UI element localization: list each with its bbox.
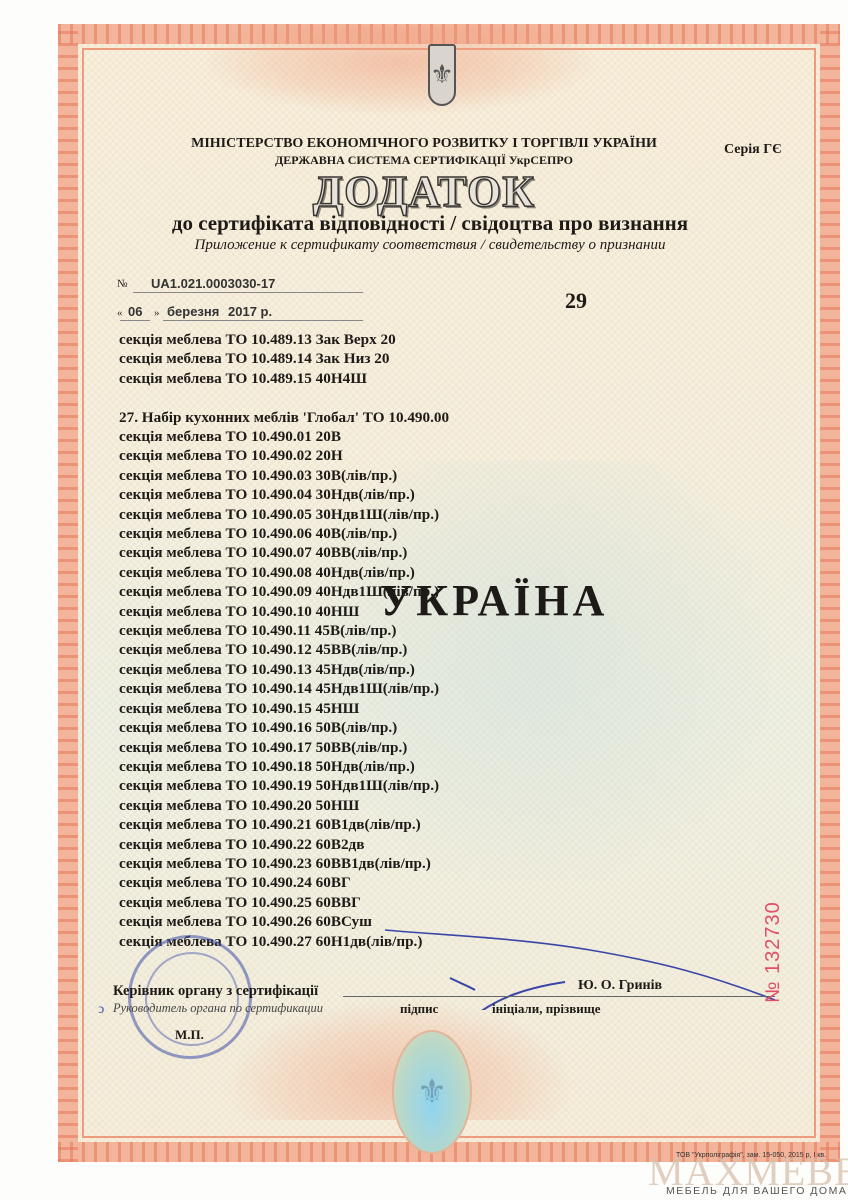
- list-item: секція меблева ТО 10.490.09 40Ндв1Ш(лів/…: [119, 582, 449, 601]
- certificate-number: UA1.021.0003030-17: [151, 276, 275, 291]
- list-item: секція меблева ТО 10.490.01 20В: [119, 427, 449, 446]
- list-item: секція меблева ТО 10.490.10 40НШ: [119, 602, 449, 621]
- stamp-place-label: М.П.: [175, 1027, 204, 1043]
- number-underline: [133, 292, 363, 293]
- date-day: 06: [128, 304, 142, 319]
- document-title: ДОДАТОК: [0, 166, 848, 217]
- list-item: секція меблева ТО 10.490.20 50НШ: [119, 796, 449, 815]
- signature-label: підпис: [400, 1001, 438, 1017]
- list-item: секція меблева ТО 10.490.23 60ВВ1дв(лів/…: [119, 854, 449, 873]
- ink-mark: ↄ: [98, 1002, 104, 1018]
- list-item: секція меблева ТО 10.490.19 50Ндв1Ш(лів/…: [119, 776, 449, 795]
- signature-line: [343, 996, 775, 997]
- date-open-quote: «: [117, 307, 123, 319]
- date-close-quote: »: [154, 307, 160, 319]
- list-item: секція меблева ТО 10.490.06 40В(лів/пр.): [119, 524, 449, 543]
- list-item: секція меблева ТО 10.490.07 40ВВ(лів/пр.…: [119, 543, 449, 562]
- list-item: секція меблева ТО 10.490.04 30Ндв(лів/пр…: [119, 485, 449, 504]
- list-item: секція меблева ТО 10.490.02 20Н: [119, 446, 449, 465]
- list-item: секція меблева ТО 10.490.16 50В(лів/пр.): [119, 718, 449, 737]
- page-number: 29: [565, 288, 587, 314]
- head-of-body-label: Керівник органу з сертифікації: [113, 983, 318, 1000]
- hologram-trident-icon: ⚜: [392, 1030, 472, 1154]
- list-item: секція меблева ТО 10.489.13 Зак Верх 20: [119, 330, 449, 349]
- top-ornament: [200, 26, 600, 116]
- list-item: секція меблева ТО 10.490.17 50ВВ(лів/пр.…: [119, 738, 449, 757]
- list-item: секція меблева ТО 10.490.08 40Ндв(лів/пр…: [119, 563, 449, 582]
- set-heading: 27. Набір кухонних меблів 'Глобал' ТО 10…: [119, 408, 449, 427]
- list-item: секція меблева ТО 10.489.14 Зак Низ 20: [119, 349, 449, 368]
- product-list: секція меблева ТО 10.489.13 Зак Верх 20 …: [119, 330, 449, 951]
- list-item: секція меблева ТО 10.490.22 60В2дв: [119, 835, 449, 854]
- subtitle-ua: до сертифіката відповідності / свідоцтва…: [0, 211, 848, 236]
- day-underline: [120, 320, 150, 321]
- brand-tagline: МЕБЕЛЬ ДЛЯ ВАШЕГО ДОМА: [666, 1185, 847, 1197]
- list-item: секція меблева ТО 10.490.21 60В1дв(лів/п…: [119, 815, 449, 834]
- list-item: секція меблева ТО 10.490.15 45НШ: [119, 699, 449, 718]
- month-underline: [163, 320, 363, 321]
- series-label: Серія ГЄ: [724, 142, 782, 158]
- ministry-name: МІНІСТЕРСТВО ЕКОНОМІЧНОГО РОЗВИТКУ І ТОР…: [0, 136, 848, 152]
- date-year: 2017 р.: [228, 304, 272, 319]
- subtitle-ru: Приложение к сертификату соответствия / …: [0, 237, 848, 254]
- list-item: секція меблева ТО 10.490.25 60ВВГ: [119, 893, 449, 912]
- list-item: секція меблева ТО 10.489.15 40Н4Ш: [119, 369, 449, 388]
- list-item: секція меблева ТО 10.490.14 45Ндв1Ш(лів/…: [119, 679, 449, 698]
- serial-number: № 132730: [762, 901, 785, 1003]
- list-item: секція меблева ТО 10.490.24 60ВГ: [119, 873, 449, 892]
- number-label: №: [117, 278, 128, 290]
- head-of-body-label-ru: Руководитель органа по сертификации: [113, 1001, 323, 1016]
- list-item: секція меблева ТО 10.490.11 45В(лів/пр.): [119, 621, 449, 640]
- signer-name: Ю. О. Гринів: [578, 978, 662, 994]
- list-item: секція меблева ТО 10.490.05 30Ндв1Ш(лів/…: [119, 505, 449, 524]
- date-month: березня: [167, 304, 219, 319]
- list-item: секція меблева ТО 10.490.13 45Ндв(лів/пр…: [119, 660, 449, 679]
- list-item: секція меблева ТО 10.490.18 50Ндв(лів/пр…: [119, 757, 449, 776]
- list-item: секція меблева ТО 10.490.03 30В(лів/пр.): [119, 466, 449, 485]
- initials-label: ініціали, прізвище: [492, 1001, 601, 1017]
- list-item: секція меблева ТО 10.490.12 45ВВ(лів/пр.…: [119, 640, 449, 659]
- trident-icon: ⚜: [428, 44, 456, 106]
